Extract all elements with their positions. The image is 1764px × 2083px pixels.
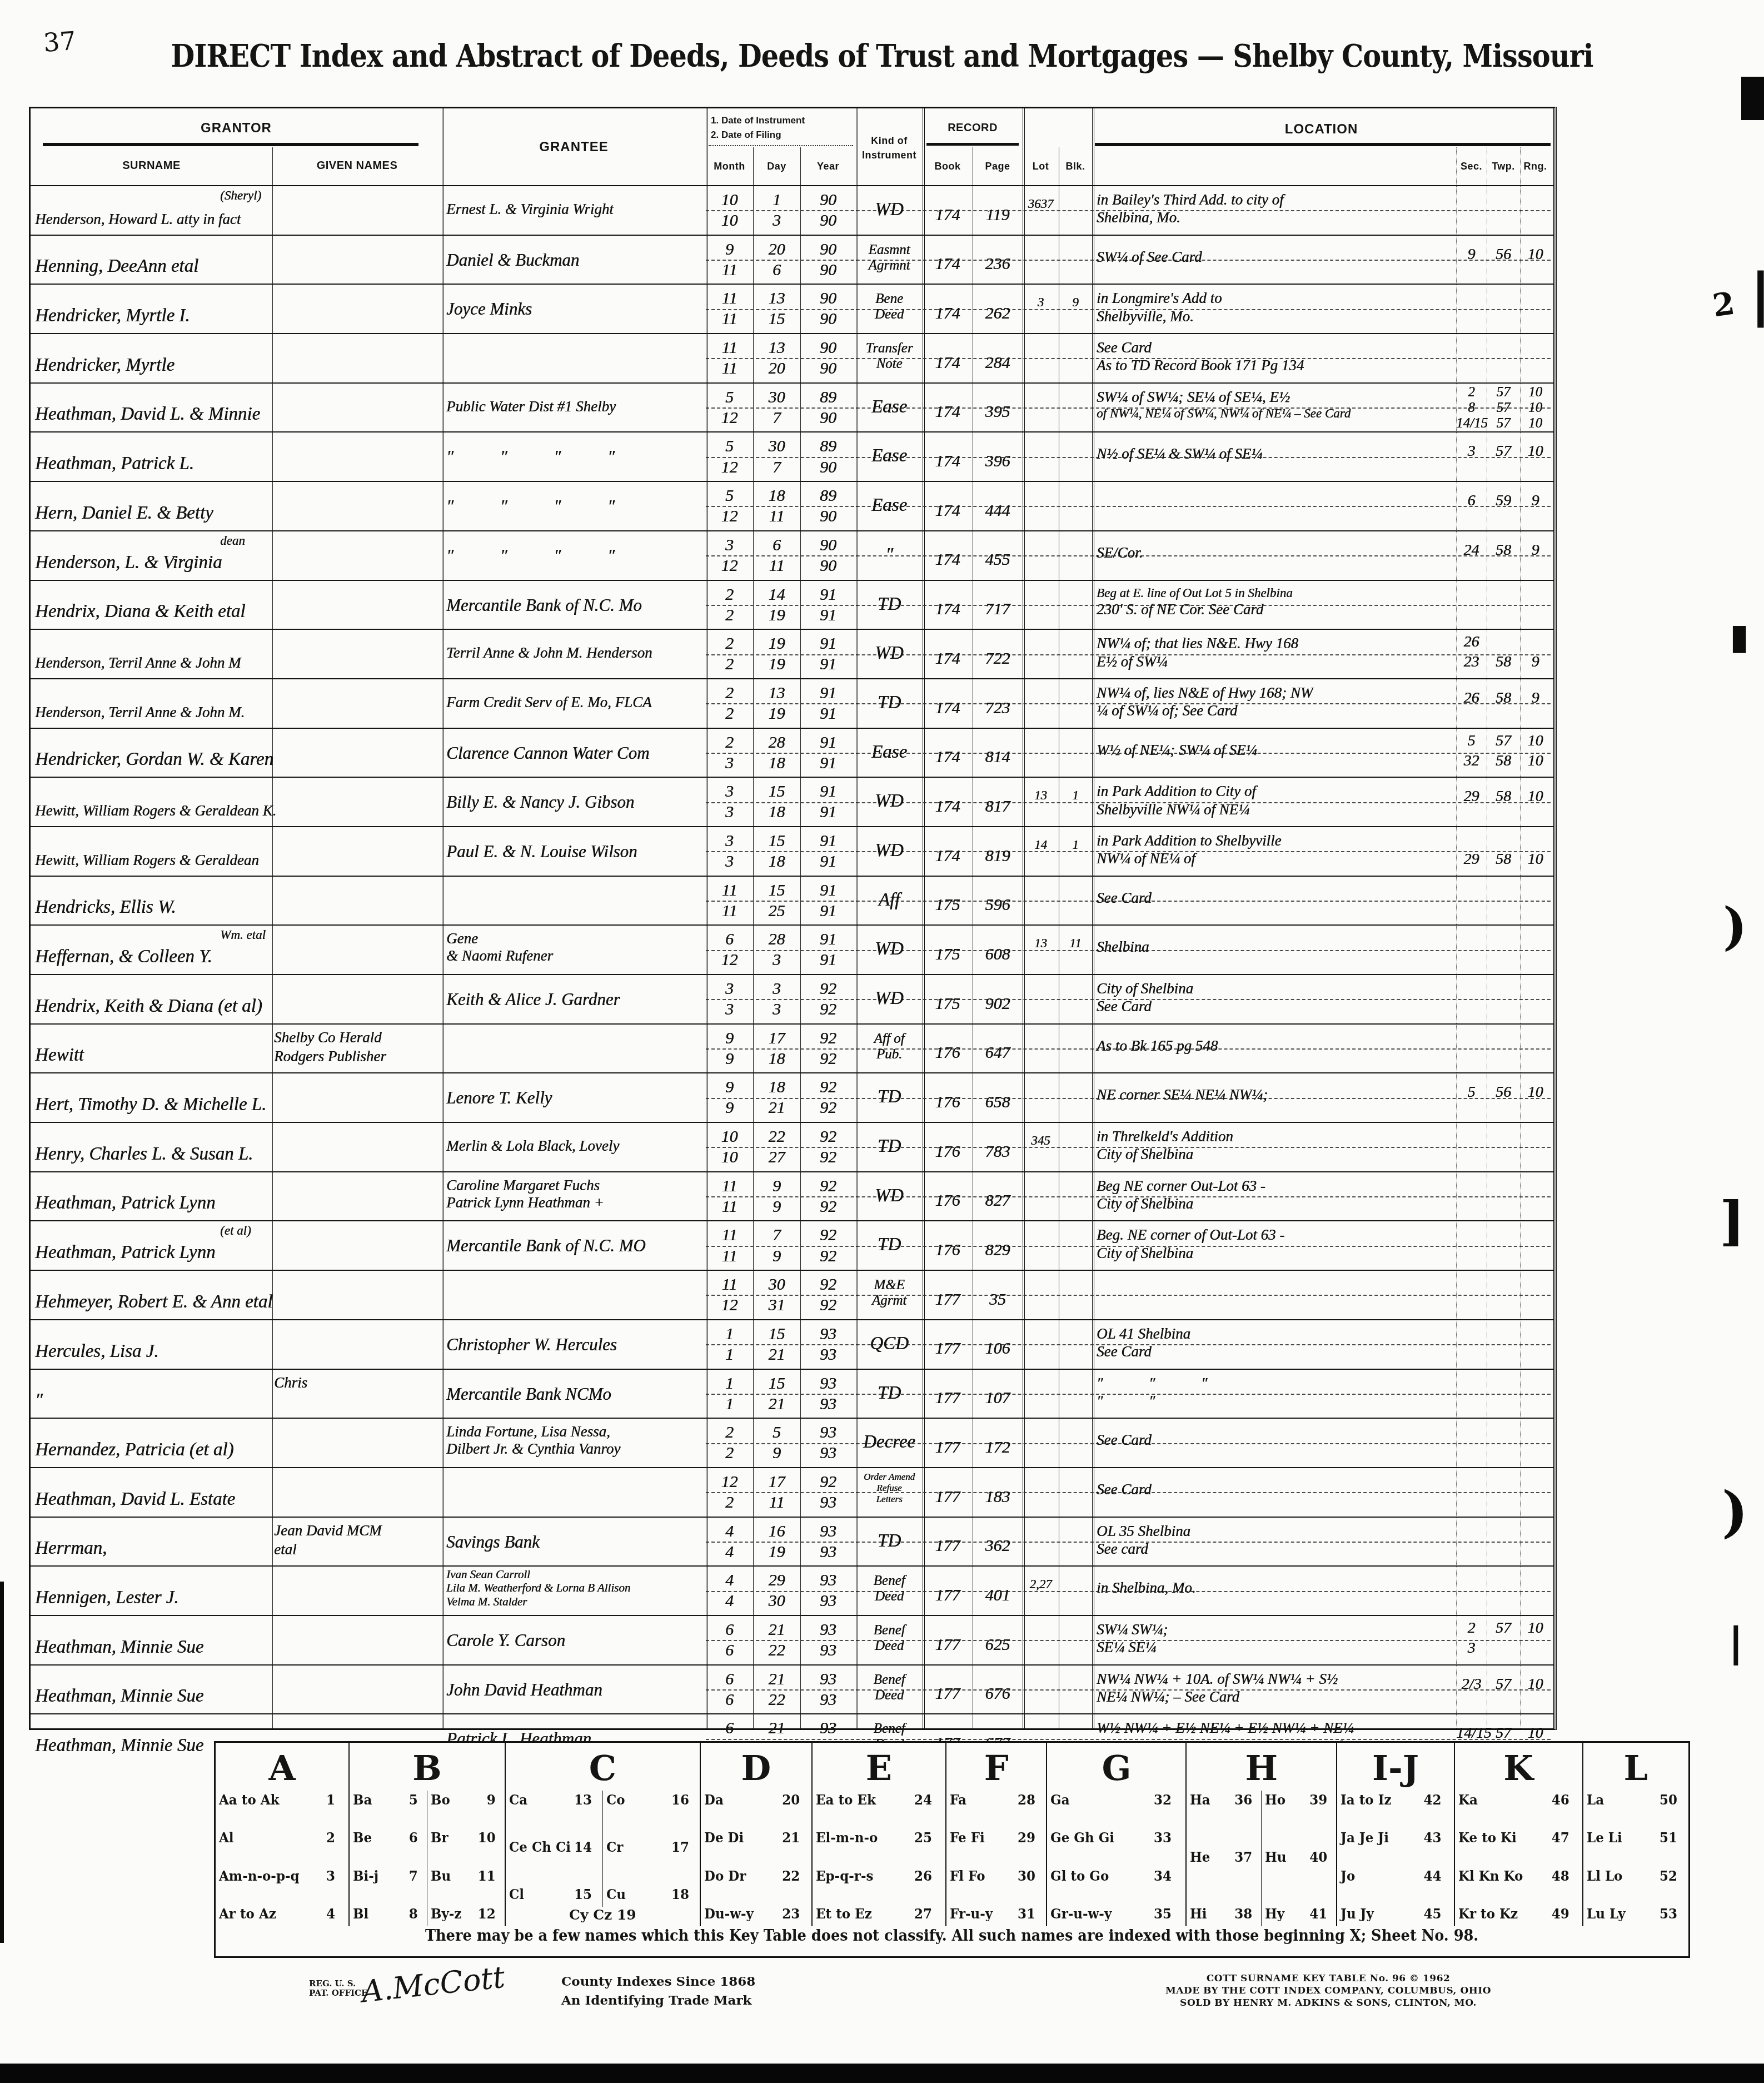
date-instrument: 2 [706, 733, 753, 752]
grantee-cell: Ernest L. & Virginia Wright [446, 186, 699, 235]
page-title-text: DIRECT Index and Abstract of Deeds, Deed… [171, 38, 1593, 74]
date-month-cell: 512 [706, 482, 753, 530]
date-instrument: 2 [706, 1423, 753, 1442]
date-instrument: 89 [800, 437, 856, 456]
grantor-cell: Hernandez, Patricia (et al) [35, 1419, 437, 1467]
date-instrument: 15 [753, 881, 800, 900]
key-range: Ca13 [509, 1792, 592, 1808]
kind-lines: Order AmendRefuseLetters [856, 1471, 923, 1505]
grantor-cell: Hehmeyer, Robert E. & Ann etal [35, 1271, 437, 1319]
date-day-cell: 283 [753, 926, 800, 974]
key-range-label: Ge Gh Gi [1050, 1830, 1114, 1846]
str-value: 9 [1520, 653, 1551, 673]
kind-cell: Aff [856, 877, 923, 925]
key-group-l: LLa50Le Li51Ll Lo52Lu Ly53 [1583, 1743, 1688, 1926]
entry-row: Hendricker, Myrtle I.Joyce Minks11111315… [31, 285, 1553, 334]
kind-cell: TD [856, 1370, 923, 1418]
date-filing: 93 [800, 1543, 856, 1562]
publisher-line-2: MADE BY THE COTT INDEX COMPANY, COLUMBUS… [1145, 1985, 1512, 1997]
key-range-number: 24 [914, 1792, 932, 1808]
location-line: W½ NW¼ + E½ NE¼ + E½ NW¼ + NE¼ [1097, 1719, 1452, 1737]
book-cell: 175 [923, 877, 973, 925]
str-line: 25710 [1456, 385, 1551, 400]
blk-value: 1 [1059, 838, 1092, 852]
book-cell: 174 [923, 334, 973, 382]
date-month-cell: 11 [706, 1320, 753, 1369]
str-line: 24589 [1456, 541, 1551, 561]
date-filing: 9 [753, 1444, 800, 1463]
str-lines: 295810 [1456, 788, 1551, 808]
key-range: Lu Ly53 [1587, 1906, 1677, 1922]
date-filing: 18 [753, 754, 800, 773]
date-instrument: 3 [706, 536, 753, 555]
grantee-line: Mercantile Bank NCMo [446, 1384, 699, 1404]
key-range-number: 17 [671, 1839, 689, 1855]
grantee-cell: Mercantile Bank of N.C. Mo [446, 581, 699, 629]
date-instrument: 89 [800, 388, 856, 407]
str-value: 2 [1456, 385, 1487, 400]
key-range: Bu11 [431, 1868, 496, 1884]
kind-lines: TD [856, 1531, 923, 1552]
date-filing: 90 [800, 261, 856, 280]
page-cell: 401 [973, 1567, 1023, 1615]
date-instrument: 89 [800, 486, 856, 505]
key-range: Co16 [606, 1792, 689, 1808]
date-filing: 3 [753, 951, 800, 970]
entry-row: Heathman, Minnie SueCarole Y. Carson6621… [31, 1616, 1553, 1666]
entry-row: Heathman, David L. Estate12217119293Orde… [31, 1468, 1553, 1518]
date-filing: 93 [800, 1444, 856, 1463]
key-range-label: Br [431, 1830, 449, 1846]
location-line: See Card [1097, 1431, 1452, 1449]
date-filing: 93 [800, 1345, 856, 1364]
date-instrument: 9 [706, 240, 753, 259]
key-group-i-j: I-JIa to Iz42Ja Je Ji43Jo44Ju Jy45 [1337, 1743, 1454, 1926]
kind-line: TD [856, 594, 923, 615]
key-range-label: Hy [1265, 1906, 1284, 1922]
date-instrument: 90 [800, 191, 856, 210]
location-lines: SW¼ of See Card [1097, 248, 1452, 266]
date-filing: 18 [753, 803, 800, 822]
lot-value: 13 [1023, 788, 1059, 803]
page-value: 658 [973, 1093, 1023, 1112]
reg-mark: REG. U. S. PAT. OFFICE [309, 1979, 367, 1998]
key-letter: E [813, 1743, 945, 1791]
date-instrument: 18 [753, 1078, 800, 1097]
grantee-cell: Christopher W. Hercules [446, 1320, 699, 1369]
date-instrument: 6 [753, 536, 800, 555]
key-range: Kl Kn Ko48 [1458, 1868, 1569, 1884]
kind-lines: Ease [856, 495, 923, 516]
page-cell: 902 [973, 975, 1023, 1023]
kind-cell: Ease [856, 384, 923, 432]
date-filing: 9 [753, 1247, 800, 1266]
date-filing: 6 [753, 261, 800, 280]
grantor-cell: Henderson, Terril Anne & John M. [35, 679, 437, 728]
book-value: 177 [923, 1290, 973, 1309]
date-instrument: 16 [753, 1522, 800, 1541]
grantor-name: Hendrix, Keith & Diana (et al) [35, 996, 262, 1017]
date-day-cell: 1521 [753, 1320, 800, 1369]
date-filing: 90 [800, 409, 856, 427]
sec-twp-rng-cell: 35710 [1456, 432, 1551, 481]
blk-value: 1 [1059, 788, 1092, 803]
key-range-number: 32 [1154, 1792, 1172, 1808]
key-range: Et to Ez27 [816, 1906, 932, 1922]
grantee-line: Clarence Cannon Water Com [446, 743, 699, 763]
grantee-lines: Daniel & Buckman [446, 250, 699, 270]
date-day-cell: 307 [753, 384, 800, 432]
page-value: 119 [973, 206, 1023, 225]
kind-cell: WD [856, 1172, 923, 1221]
book-cell: 177 [923, 1370, 973, 1418]
page-value: 902 [973, 995, 1023, 1013]
col-surname: SURNAME [31, 160, 272, 172]
grantee-cell: Carole Y. Carson [446, 1616, 699, 1664]
location-cell: NW¼ of, lies N&E of Hwy 168; NW¼ of SW¼ … [1097, 679, 1452, 728]
grantee-cell [446, 1025, 699, 1073]
str-line: 35710 [1456, 443, 1551, 463]
trademark-signature: A.McCott [360, 1960, 506, 2010]
key-range-number: 51 [1660, 1830, 1677, 1846]
page-value: 284 [973, 354, 1023, 372]
key-range-label: Ha [1190, 1792, 1210, 1808]
key-letter: A [216, 1743, 348, 1791]
date-filing: 20 [753, 359, 800, 378]
date-day-cell: 2122 [753, 1666, 800, 1714]
grantor-name: Hern, Daniel E. & Betty [35, 503, 213, 524]
book-value: 177 [923, 1635, 973, 1654]
ink-mark: 2 [1711, 285, 1737, 325]
date-month-cell: 122 [706, 1468, 753, 1517]
str-lines: 257103 [1456, 1619, 1551, 1659]
date-instrument: 17 [753, 1473, 800, 1492]
grantor-cell: Hennigen, Lester J. [35, 1567, 437, 1615]
date-year-cell: 9191 [800, 679, 856, 728]
key-range-label: Ia to Iz [1341, 1792, 1391, 1808]
grantee-line: John David Heathman [446, 1680, 699, 1700]
location-line: N½ of SE¼ & SW¼ of SE¼ [1097, 445, 1452, 463]
date-instrument: 11 [706, 339, 753, 357]
location-cell: See Card [1097, 1468, 1452, 1517]
date-month-cell: 512 [706, 384, 753, 432]
ink-mark: ] [1720, 1190, 1745, 1252]
key-range-number: 16 [671, 1792, 689, 1808]
key-range-number: 8 [409, 1906, 418, 1922]
kind-cell: Decree [856, 1419, 923, 1467]
grantor-cell: Wm. etalHeffernan, & Colleen Y. [35, 926, 437, 974]
publisher-line-3: SOLD BY HENRY M. ADKINS & SONS, CLINTON,… [1145, 1997, 1512, 2009]
kind-line: Deed [856, 1589, 923, 1604]
lot-cell: 13 [1023, 926, 1059, 974]
str-lines: 55610 [1456, 1083, 1551, 1103]
grantee-lines: Gene& Naomi Rufener [446, 930, 699, 965]
date-filing: 3 [706, 852, 753, 871]
grantor-cell: Herrman,Jean David MCMetal [35, 1518, 437, 1566]
rule [753, 147, 754, 185]
str-line: 295810 [1456, 788, 1551, 808]
location-line: Beg NE corner Out-Lot 63 - [1097, 1177, 1452, 1195]
col-page: Page [973, 161, 1023, 172]
key-range: Fr-u-y31 [950, 1906, 1035, 1922]
date-day-cell: 2930 [753, 1567, 800, 1615]
str-value: 29 [1456, 851, 1487, 871]
record-underline [926, 143, 1019, 146]
ink-mark: ▮ [1730, 616, 1749, 658]
date-filing: 2 [706, 1493, 753, 1512]
grantor-name: Hendricker, Gordan W. & Karen [35, 749, 273, 770]
location-line: NW¼ of, lies N&E of Hwy 168; NW [1097, 684, 1452, 702]
kind-line: Deed [856, 307, 923, 322]
key-range: Fe Fi29 [950, 1830, 1035, 1846]
date-month-cell: 1111 [706, 877, 753, 925]
key-range-label: Ar to Az [219, 1906, 276, 1922]
grantee-line: Dilbert Jr. & Cynthia Vanroy [446, 1440, 699, 1458]
key-range-label: Ho [1265, 1792, 1285, 1808]
book-value: 177 [923, 1684, 973, 1703]
kind-cell: Ease [856, 432, 923, 481]
grantee-lines: ″ ″ ″ ″ [446, 546, 699, 566]
kind-lines: BeneDeed [856, 291, 923, 322]
key-range: Gr-u-w-y35 [1050, 1906, 1172, 1922]
key-subcolumns: Ca13Ce Ch Ci14Cl15Co16Cr17Cu18 [506, 1791, 700, 1907]
location-cell: City of ShelbinaSee Card [1097, 975, 1452, 1023]
key-range-number: 50 [1660, 1792, 1677, 1808]
page-cell: 183 [973, 1468, 1023, 1517]
grantor-name: ″ [35, 1390, 43, 1411]
grantor-name: Heathman, Minnie Sue [35, 1637, 203, 1658]
grantor-cell: Hendricker, Gordan W. & Karen [35, 729, 437, 777]
kind-line: Benef [856, 1623, 923, 1638]
sec-twp-rng-cell: 2623589 [1456, 630, 1551, 678]
grantor-name: Hert, Timothy D. & Michelle L. [35, 1095, 266, 1115]
date-instrument: 10 [706, 1127, 753, 1146]
grantee-lines: ″ ″ ″ ″ [446, 496, 699, 516]
date-instrument: 13 [753, 339, 800, 357]
grantee-cell: Joyce Minks [446, 285, 699, 333]
kind-lines: QCD [856, 1334, 923, 1354]
key-range: Bi-j7 [353, 1868, 418, 1884]
date-instrument: 9 [706, 1029, 753, 1048]
str-value: 58 [1487, 541, 1520, 561]
date-instrument: 91 [800, 930, 856, 949]
page-value: 262 [973, 304, 1023, 323]
location-lines: N½ of SE¼ & SW¼ of SE¼ [1097, 445, 1452, 463]
date-instrument: 9 [706, 1078, 753, 1097]
grantor-cell: deanHenderson, L. & Virginia [35, 531, 437, 580]
kind-line: Ease [856, 446, 923, 466]
str-line: 85710 [1456, 400, 1551, 416]
page-value: 395 [973, 402, 1023, 421]
kind-lines: Ease [856, 446, 923, 466]
entry-row: Hernandez, Patricia (et al)Linda Fortune… [31, 1419, 1553, 1468]
key-group-k: KKa46Ke to Ki47Kl Kn Ko48Kr to Kz49 [1455, 1743, 1583, 1926]
location-line: in Threlkeld's Addition [1097, 1127, 1452, 1145]
grantee-line: Carole Y. Carson [446, 1630, 699, 1651]
kind-line: WD [856, 1186, 923, 1206]
date-day-cell: 2122 [753, 1616, 800, 1664]
location-line: NW¼ NW¼ + 10A. of SW¼ NW¼ + S½ [1097, 1670, 1452, 1688]
kind-cell: TransferNote [856, 334, 923, 382]
date-year-cell: 8990 [800, 384, 856, 432]
location-lines: in Shelbina, Mo. [1097, 1579, 1452, 1597]
date-instrument: 91 [800, 733, 856, 752]
col-rng: Rng. [1520, 161, 1551, 172]
str-value: 9 [1520, 689, 1551, 709]
key-range-label: Be [353, 1830, 372, 1846]
key-columns: AAa to Ak1Al2Am-n-o-p-q3Ar to Az4BBa5Be6… [216, 1743, 1688, 1926]
date-filing: 11 [753, 507, 800, 526]
kind-line: TD [856, 1136, 923, 1157]
reg-line-2: PAT. OFFICE [309, 1988, 367, 1998]
location-cell: OL 35 ShelbinaSee card [1097, 1518, 1452, 1566]
location-cell: See Card [1097, 1419, 1452, 1467]
date-filing: 11 [753, 1493, 800, 1512]
entry-row: deanHenderson, L. & Virginia″ ″ ″ ″31261… [31, 531, 1553, 581]
str-value: 10 [1520, 246, 1551, 266]
date-filing: 18 [753, 1050, 800, 1068]
key-range-label: Fe Fi [950, 1830, 985, 1846]
col-kind-2: Instrument [856, 150, 923, 161]
date-instrument: 11 [706, 289, 753, 308]
book-cell: 177 [923, 1518, 973, 1566]
key-subcolumn: Co16Cr17Cu18 [603, 1791, 700, 1907]
key-letter: G [1047, 1743, 1185, 1791]
str-line: 23589 [1456, 653, 1551, 673]
grantee-lines: Paul E. & N. Louise Wilson [446, 842, 699, 862]
book-value: 174 [923, 600, 973, 619]
key-range: Ce Ch Ci14 [509, 1839, 592, 1855]
key-range: La50 [1587, 1792, 1677, 1808]
book-value: 174 [923, 354, 973, 372]
grantee-cell [446, 1468, 699, 1517]
date-filing: 93 [800, 1592, 856, 1610]
key-range: Ja Je Ji43 [1341, 1830, 1441, 1846]
key-subcolumns: Ka46Ke to Ki47Kl Kn Ko48Kr to Kz49 [1455, 1791, 1582, 1926]
key-range: Ll Lo52 [1587, 1868, 1677, 1884]
grantee-lines: Savings Bank [446, 1532, 699, 1552]
dates-underline [709, 144, 853, 146]
key-group-e: EEa to Ek24El-m-n-o25Ep-q-r-s26Et to Ez2… [813, 1743, 946, 1926]
book-value: 175 [923, 896, 973, 914]
grantor-cell: Heathman, Patrick L. [35, 432, 437, 481]
ink-mark: ❘ [1720, 1619, 1752, 1665]
str-value: 57 [1487, 1619, 1520, 1639]
date-instrument: 28 [753, 733, 800, 752]
grantee-cell [446, 1271, 699, 1319]
key-range: Cr17 [606, 1839, 689, 1855]
kind-line: TD [856, 1531, 923, 1552]
key-footnote-text: There may be a few names which this Key … [425, 1927, 1478, 1945]
location-line: See card [1097, 1540, 1452, 1558]
grantor-name: Hendricker, Myrtle [35, 355, 175, 376]
kind-lines: TransferNote [856, 341, 923, 372]
date-filing: 93 [800, 1641, 856, 1660]
grantor-given-line: Shelby Co Herald [274, 1028, 441, 1047]
book-cell: 175 [923, 975, 973, 1023]
date-month-cell: 33 [706, 827, 753, 876]
date-instrument: 15 [753, 782, 800, 801]
book-cell: 176 [923, 1172, 973, 1221]
page-value: 819 [973, 847, 1023, 866]
sec-twp-rng-cell: 295810 [1456, 827, 1551, 876]
page-value: 183 [973, 1488, 1023, 1507]
str-value: 10 [1520, 385, 1551, 400]
sec-twp-rng-cell: 257108571014/155710 [1456, 384, 1551, 432]
location-line: Shelbyville NW¼ of NE¼ [1097, 801, 1452, 818]
date-year-cell: 9191 [800, 581, 856, 629]
key-range-label: Cu [606, 1886, 626, 1902]
key-range-number: 34 [1154, 1868, 1172, 1884]
key-range: El-m-n-o25 [816, 1830, 932, 1846]
str-lines: 55710325810 [1456, 732, 1551, 772]
date-filing: 12 [706, 458, 753, 477]
date-year-cell: 9393 [800, 1567, 856, 1615]
rule [973, 147, 973, 185]
grantor-given-names: Jean David MCMetal [274, 1521, 441, 1559]
grantor-name: Hehmeyer, Robert E. & Ann etal [35, 1292, 272, 1313]
location-line: OL 41 Shelbina [1097, 1325, 1452, 1343]
grantee-line: Patrick Lynn Heathman + [446, 1194, 699, 1211]
key-range-label: Da [704, 1792, 724, 1808]
key-range-label: Ga [1050, 1792, 1070, 1808]
page-cell: 827 [973, 1172, 1023, 1221]
location-lines: W½ of NE¼; SW¼ of SE¼ [1097, 741, 1452, 759]
scan-bottom-band [0, 2064, 1764, 2083]
grantee-cell: ″ ″ ″ ″ [446, 531, 699, 580]
location-line: NE corner SE¼ NE¼ NW¼; [1097, 1086, 1452, 1103]
key-range-label: Ep-q-r-s [816, 1868, 873, 1884]
page-value: 444 [973, 501, 1023, 520]
page-value: 106 [973, 1339, 1023, 1358]
location-line: in Park Addition to City of [1097, 782, 1452, 800]
key-range: Ga32 [1050, 1792, 1172, 1808]
location-cell: in Bailey's Third Add. to city ofShelbin… [1097, 186, 1452, 235]
str-value [1520, 1639, 1551, 1659]
str-line: 3 [1456, 1639, 1551, 1659]
grantor-name: Heathman, Minnie Sue [35, 1686, 203, 1707]
location-line: See Card [1097, 997, 1452, 1015]
str-value: 5 [1456, 1083, 1487, 1103]
grantor-name: Henderson, Howard L. atty in fact [35, 211, 241, 228]
date-filing: 12 [706, 556, 753, 575]
book-cell: 177 [923, 1419, 973, 1467]
kind-cell: EasmntAgrmnt [856, 236, 923, 284]
key-range: Ka46 [1458, 1792, 1569, 1808]
key-letter: C [506, 1743, 700, 1791]
str-value: 58 [1487, 689, 1520, 709]
str-value: 26 [1456, 633, 1487, 653]
date-note-2: 2. Date of Filing [711, 130, 781, 141]
page-cell: 814 [973, 729, 1023, 777]
book-cell: 174 [923, 384, 973, 432]
key-subcolumns: Da20De Di21Do Dr22Du-w-y23 [701, 1791, 811, 1926]
key-subcolumn: La50Le Li51Ll Lo52Lu Ly53 [1583, 1791, 1688, 1926]
date-year-cell: 9292 [800, 1073, 856, 1122]
location-cell: SW¼ of See Card [1097, 236, 1452, 284]
str-value: 8 [1456, 400, 1487, 416]
key-subcolumns: Ba5Be6Bi-j7Bl8Bo9Br10Bu11By-z12 [350, 1791, 505, 1926]
date-filing: 91 [800, 655, 856, 674]
str-lines: 24589 [1456, 541, 1551, 561]
grantor-cell: Hern, Daniel E. & Betty [35, 482, 437, 530]
date-instrument: 30 [753, 1275, 800, 1294]
key-range-number: 33 [1154, 1830, 1172, 1846]
date-filing: 92 [800, 1148, 856, 1167]
key-subcolumn: Bo9Br10Bu11By-z12 [427, 1791, 505, 1926]
entry-row: Heathman, Patrick LynnCaroline Margaret … [31, 1172, 1553, 1222]
date-day-cell: 1525 [753, 877, 800, 925]
